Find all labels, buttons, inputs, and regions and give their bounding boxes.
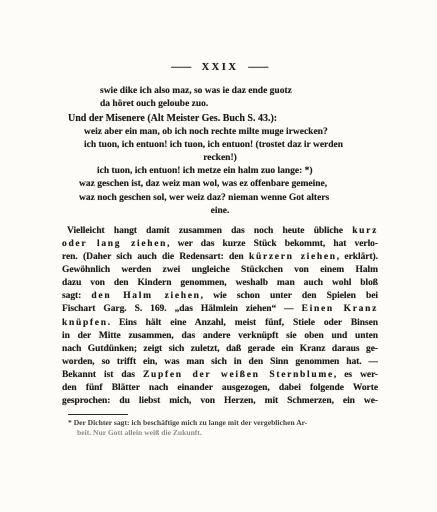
- text-line: den fünf Blätter nach einander ausgezoge…: [62, 382, 378, 395]
- text-segment: Bekannt ist das: [62, 370, 143, 380]
- text-segment: nach Gutdünken; zeigt sich zuletzt, daß …: [62, 344, 378, 354]
- text-line: oder lang ziehen, wer das kurze Stück be…: [62, 238, 378, 251]
- text-line: ich tuon, ich entuon! ich metze ein halm…: [84, 165, 378, 178]
- text-line: sagt: den Halm ziehen, wie schon unter d…: [62, 290, 378, 303]
- letterspaced-term: Einen Kranz: [302, 304, 378, 314]
- text-segment: dazu von den Kindern genommen, weshalb m…: [62, 278, 378, 288]
- letterspaced-term: kürzern ziehen: [249, 252, 337, 262]
- text-line: waz noch geschen sol, wer weiz daz? niem…: [79, 192, 378, 205]
- footnote: * Der Dichter sagt: ich beschäftige mich…: [62, 418, 378, 438]
- attribution-line: Und der Misenere (Alt Meister Ges. Buch …: [68, 112, 378, 125]
- letterspaced-term: Zupfen der weißen Sternblume: [143, 370, 334, 380]
- text-segment: worden, so trifft ein, was man sich in d…: [62, 357, 378, 367]
- header-dash-right: —: [249, 62, 269, 74]
- text-line: da höret ouch geloube zuo.: [100, 98, 378, 111]
- text-line: weiz aber ein man, ob ich noch rechte mi…: [84, 126, 378, 139]
- text-line: ich tuon, ich entuon! ich tuon, ich entu…: [84, 139, 378, 152]
- text-line: dazu von den Kindern genommen, weshalb m…: [62, 277, 378, 290]
- text-line: waz geschen ist, daz weiz man wol, was e…: [79, 178, 378, 191]
- text-line: in der Mitte zusammen, das andere verknü…: [62, 330, 378, 343]
- text-segment: sagt:: [62, 291, 91, 301]
- quote-block-strophe: weiz aber ein man, ob ich noch rechte mi…: [84, 126, 378, 218]
- page-header: — XXIX —: [62, 62, 378, 74]
- letterspaced-term: kurz: [352, 226, 378, 236]
- text-line: gesprochen: du liebst mich, von Herzen, …: [62, 395, 378, 408]
- text-line: nach Gutdünken; zeigt sich zuletzt, daß …: [62, 343, 378, 356]
- text-line: Gewöhnlich werden zwei ungleiche Stückch…: [62, 264, 378, 277]
- text-line: recken!): [62, 152, 378, 165]
- text-line: eine.: [62, 205, 378, 218]
- text-line: * Der Dichter sagt: ich beschäftige mich…: [68, 418, 378, 428]
- text-segment: , wer das kurze Stück bekommt, hat verlo…: [167, 239, 378, 249]
- header-dash-left: —: [171, 62, 191, 74]
- letterspaced-term: den Halm ziehen: [91, 291, 200, 301]
- text-segment: Vielleicht hangt damit zusammen das noch…: [67, 226, 352, 236]
- text-line: Fischart Garg. S. 169. „das Hälmlein zie…: [62, 303, 378, 316]
- quote-block-couplet: swie dike ich also maz, so was ie daz en…: [100, 85, 378, 111]
- text-segment: , erklärt).: [337, 252, 378, 262]
- page-number: XXIX: [202, 62, 239, 74]
- text-line: worden, so trifft ein, was man sich in d…: [62, 356, 378, 369]
- text-line: Bekannt ist das Zupfen der weißen Sternb…: [62, 369, 378, 382]
- text-segment: , es wer-: [334, 370, 378, 380]
- letterspaced-term: oder lang ziehen: [62, 239, 167, 249]
- text-segment: , wie schon unter den Spielen bei: [201, 291, 378, 301]
- footnote-separator: [68, 414, 128, 415]
- text-segment: gesprochen: du liebst mich, von Herzen, …: [62, 396, 378, 406]
- text-segment: Fischart Garg. S. 169. „das Hälmlein zie…: [62, 304, 302, 314]
- text-segment: . Eins hält eine Anzahl, meist fünf, Sti…: [108, 318, 378, 328]
- text-line: knüpfen. Eins hält eine Anzahl, meist fü…: [62, 317, 378, 330]
- text-line: Vielleicht hangt damit zusammen das noch…: [62, 225, 378, 238]
- book-page: — XXIX — swie dike ich also maz, so was …: [0, 0, 437, 512]
- body-paragraph: Vielleicht hangt damit zusammen das noch…: [62, 225, 378, 408]
- text-segment: in der Mitte zusammen, das andere verknü…: [62, 331, 378, 341]
- text-line: swie dike ich also maz, so was ie daz en…: [100, 85, 378, 98]
- text-line: ren. (Daher sich auch die Redensart: den…: [62, 251, 378, 264]
- letterspaced-term: knüpfen: [62, 318, 108, 328]
- text-segment: Gewöhnlich werden zwei ungleiche Stückch…: [62, 265, 378, 275]
- text-segment: ren. (Daher sich auch die Redensart: den: [62, 252, 249, 262]
- text-segment: den fünf Blätter nach einander ausgezoge…: [62, 383, 378, 393]
- text-line: beit. Nur Gott allein weiß die Zukunft.: [68, 428, 378, 438]
